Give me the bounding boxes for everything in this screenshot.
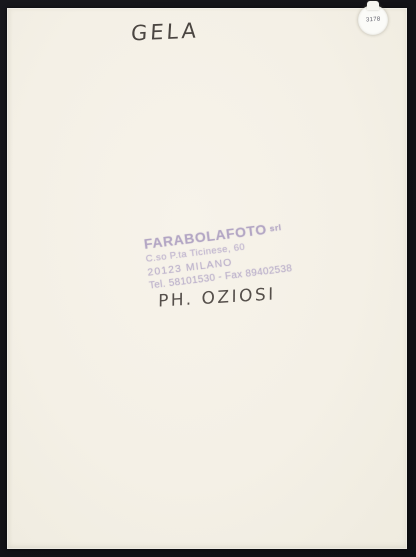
photo-back-scan: GELA 3178 FARABOLAFOTOsrl C.so P.ta Tici… [0,0,416,557]
archive-sticker: 3178 [358,5,388,35]
handwritten-caption: GELA [130,18,200,45]
archive-sticker-number: 3178 [366,16,381,23]
handwritten-photographer-credit: PH. OZIOSI [158,284,276,311]
photo-paper: GELA 3178 FARABOLAFOTOsrl C.so P.ta Tici… [7,8,407,549]
agency-stamp: FARABOLAFOTOsrl C.so P.ta Ticinese, 60 2… [143,212,348,292]
stamp-company-suffix: srl [269,222,282,233]
